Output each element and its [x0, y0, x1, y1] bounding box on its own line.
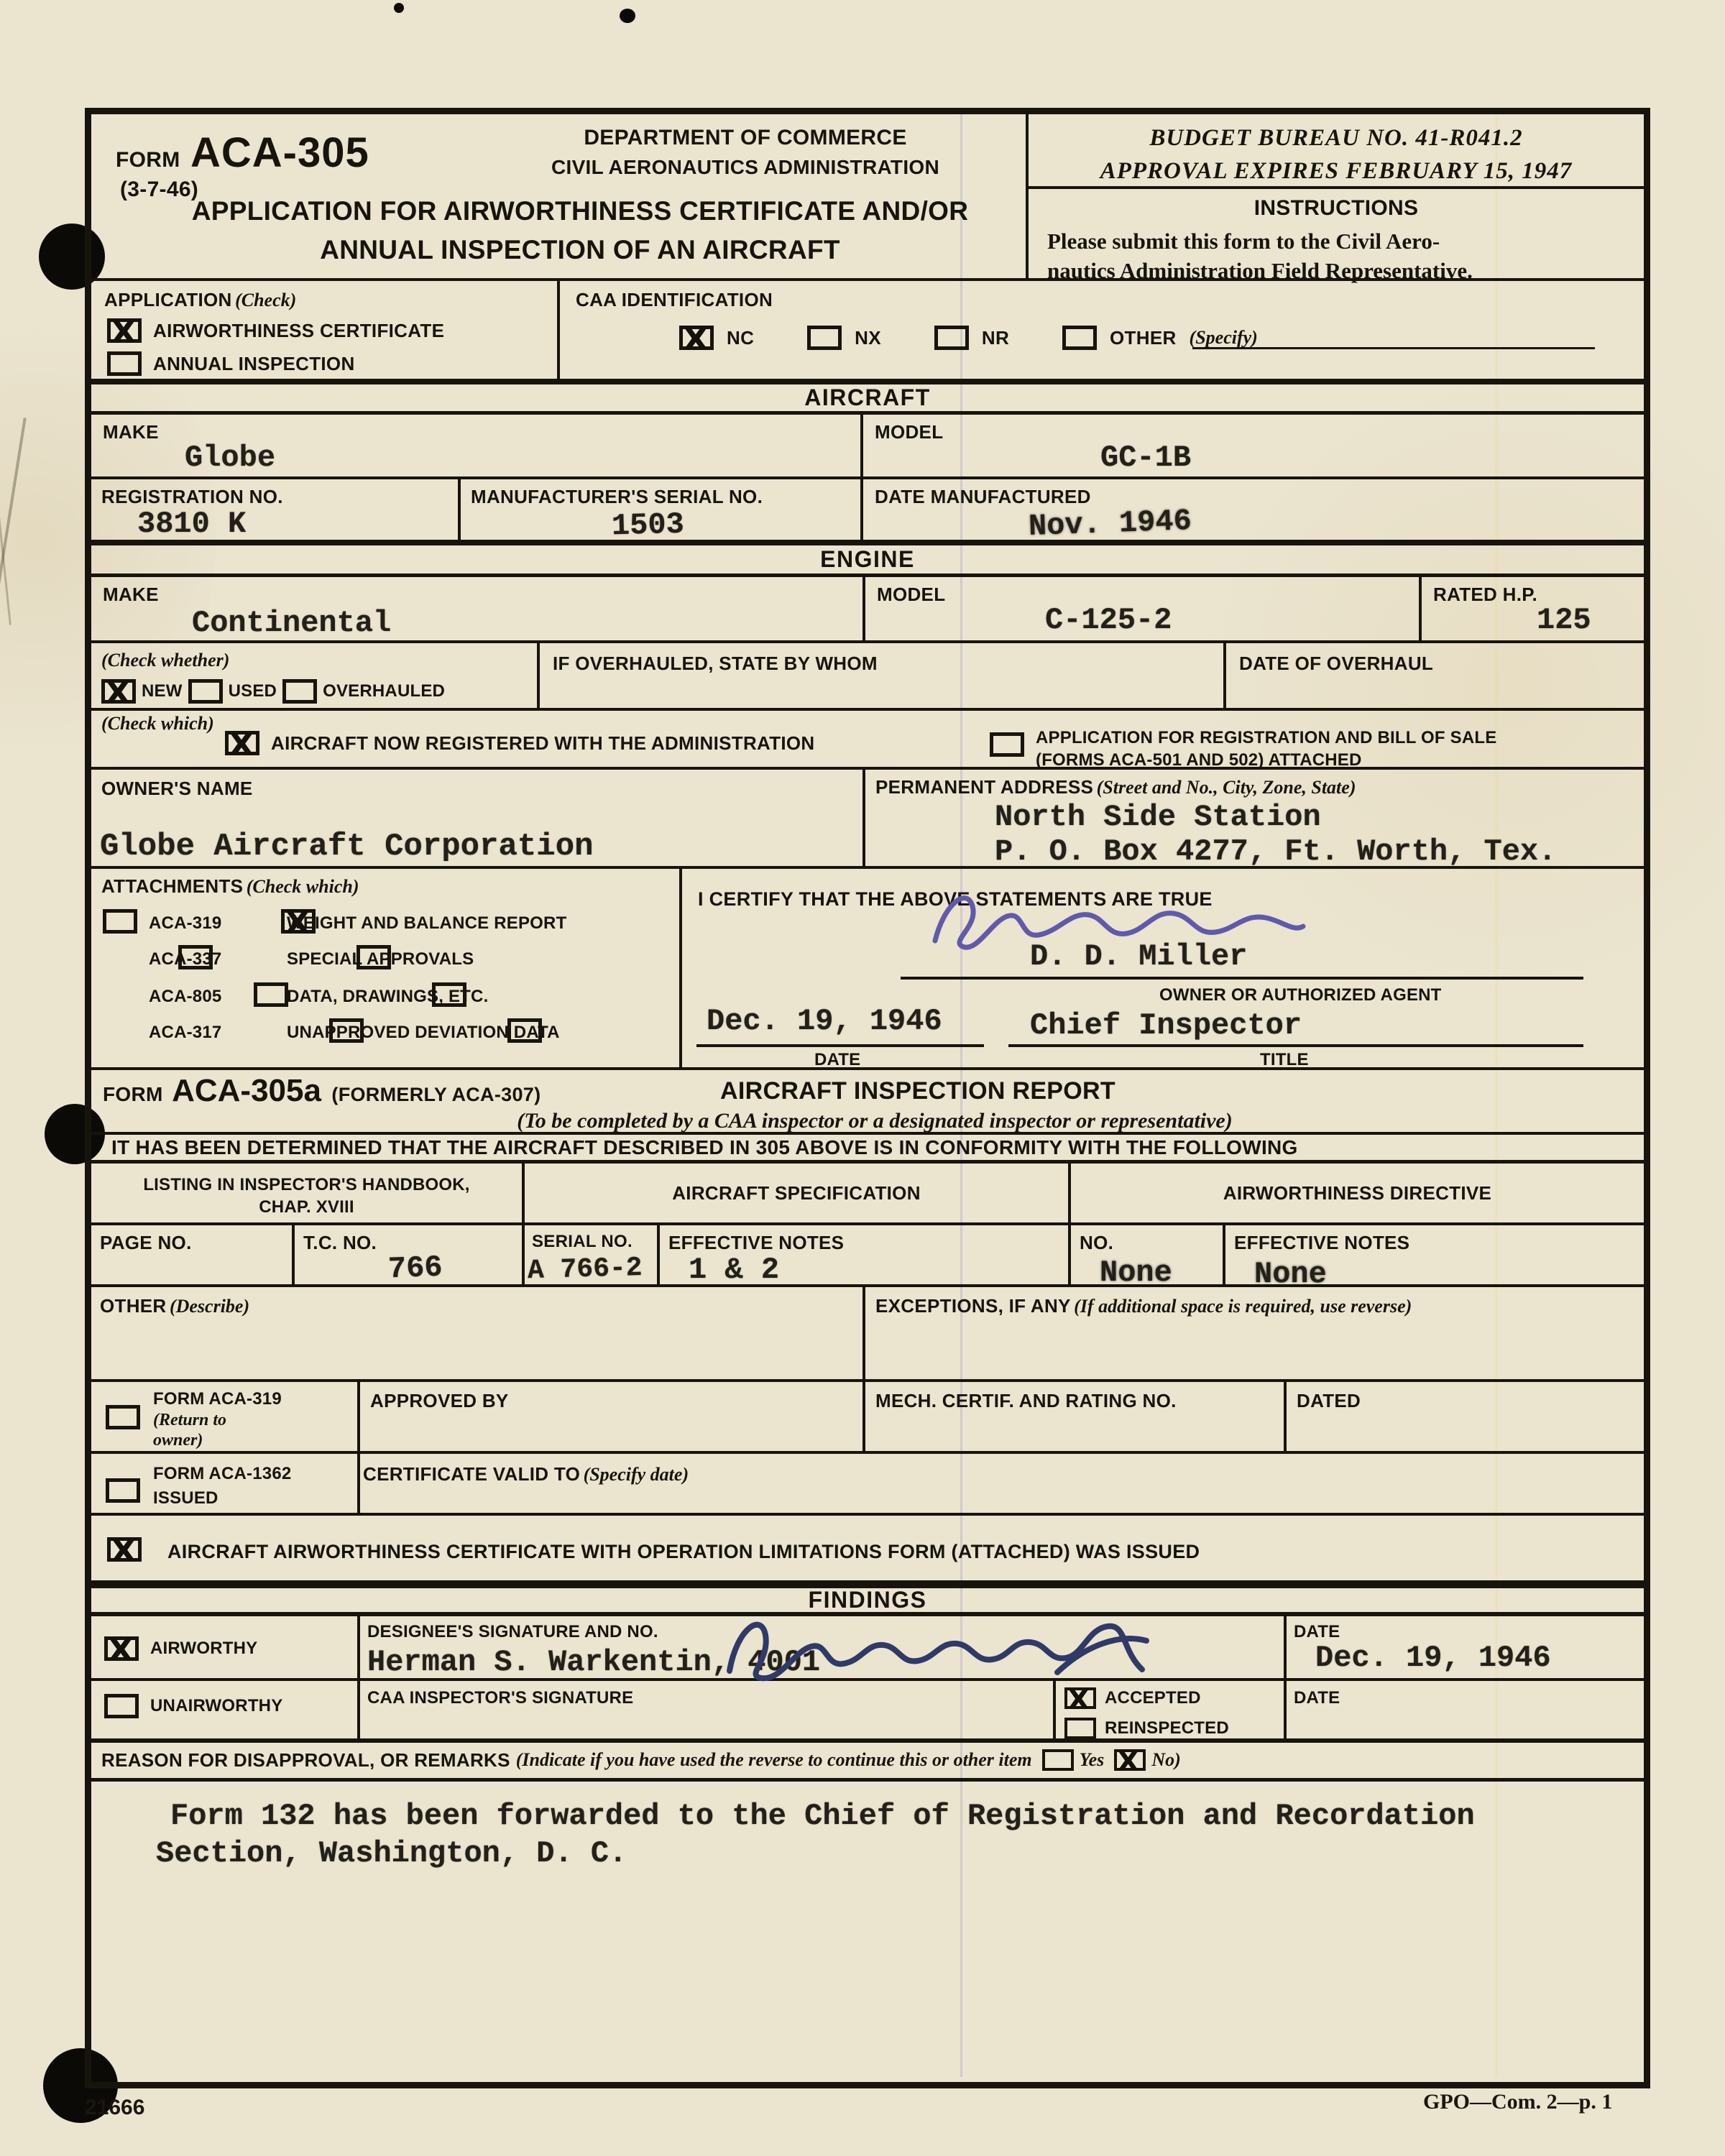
remarks-yes-label: Yes: [1080, 1749, 1105, 1772]
attachments-label: ATTACHMENTS: [101, 875, 243, 897]
findings-section-title: FINDINGS: [809, 1587, 927, 1613]
findings-caa-row: UNAIRWORTHY CAA INSPECTOR'S SIGNATURE AC…: [91, 1681, 1644, 1743]
determination-text: IT HAS BEEN DETERMINED THAT THE AIRCRAFT…: [111, 1135, 1298, 1160]
airworthy-cell: AIRWORTHY: [91, 1616, 357, 1678]
form-title-line2: ANNUAL INSPECTION OF AN AIRCRAFT: [134, 234, 1026, 267]
findings-designee-row: AIRWORTHY DESIGNEE'S SIGNATURE AND NO. H…: [91, 1616, 1644, 1681]
aca-319-checkbox[interactable]: [103, 909, 137, 934]
used-label: USED: [229, 680, 277, 702]
unairworthy-checkbox[interactable]: [104, 1694, 139, 1718]
registration-value[interactable]: 3810 K: [137, 507, 246, 541]
serial-no-cell: SERIAL NO. A 766-2: [522, 1225, 657, 1284]
attachments-cell: ATTACHMENTS (Check which) ACA-319 WEIGHT…: [91, 869, 682, 1067]
instructions-line1: Please submit this form to the Civil Aer…: [1047, 226, 1644, 257]
permanent-address-hint: (Street and No., City, Zone, State): [1097, 777, 1356, 798]
certification-title-label: TITLE: [1260, 1049, 1309, 1071]
aca-805-checkbox[interactable]: [254, 982, 288, 1007]
certificate-issued-label: AIRCRAFT AIRWORTHINESS CERTIFICATE WITH …: [167, 1540, 1200, 1565]
overhauled-by-label: IF OVERHAULED, STATE BY WHOM: [553, 652, 878, 676]
nx-label: NX: [855, 326, 881, 350]
footer-serial: 21666: [85, 2096, 144, 2120]
remarks-label-row: REASON FOR DISAPPROVAL, OR REMARKS (Indi…: [91, 1743, 1644, 1782]
exceptions-hint: (If additional space is required, use re…: [1074, 1296, 1412, 1317]
listing-header-line2: CHAP. XVIII: [91, 1196, 522, 1218]
exceptions-label: EXCEPTIONS, IF ANY: [875, 1295, 1071, 1317]
aircraft-section-title: AIRCRAFT: [804, 384, 931, 411]
directive-no-label: NO.: [1080, 1231, 1113, 1255]
aircraft-make-model-row: MAKE Globe MODEL GC-1B: [91, 415, 1644, 479]
form-aca-305: FORM ACA-305 (3-7-46) DEPARTMENT OF COMM…: [85, 108, 1650, 2088]
other-describe-label: OTHER: [100, 1295, 167, 1317]
airworthiness-directive-header: AIRWORTHINESS DIRECTIVE: [1223, 1181, 1491, 1205]
ir-form-word: FORM: [103, 1083, 163, 1105]
nc-label: NC: [727, 326, 754, 350]
aircraft-registered-checkbox[interactable]: [225, 731, 259, 755]
listing-header-line1: LISTING IN INSPECTOR'S HANDBOOK,: [91, 1174, 522, 1196]
owner-name-cell: OWNER'S NAME Globe Aircraft Corporation: [91, 770, 862, 866]
weight-balance-label: WEIGHT AND BALANCE REPORT: [287, 912, 566, 934]
certificate-valid-to-label: CERTIFICATE VALID TO: [363, 1463, 580, 1485]
certification-cell: I CERTIFY THAT THE ABOVE STATEMENTS ARE …: [685, 869, 1644, 1067]
engine-make-label: MAKE: [103, 583, 159, 607]
department-line1: DEPARTMENT OF COMMERCE: [465, 124, 1026, 152]
nr-checkbox[interactable]: [934, 326, 969, 350]
budget-bureau-line1: BUDGET BUREAU NO. 41-R041.2: [1029, 121, 1644, 155]
directive-no-value[interactable]: None: [1100, 1256, 1172, 1290]
accepted-reinspected-cell: ACCEPTED REINSPECTED: [1053, 1681, 1284, 1738]
aca319-check-cell: FORM ACA-319 (Return to owner): [91, 1382, 357, 1451]
effective-notes-label: EFFECTIVE NOTES: [668, 1231, 844, 1255]
new-label: NEW: [142, 680, 183, 702]
nx-checkbox[interactable]: [807, 326, 842, 350]
page-no-cell: PAGE NO.: [91, 1225, 292, 1284]
directive-notes-label: EFFECTIVE NOTES: [1234, 1231, 1409, 1255]
date-manufactured-cell: DATE MANUFACTURED Nov. 1946: [860, 479, 1644, 540]
findings-date2-cell: DATE: [1284, 1681, 1644, 1738]
airworthiness-certificate-checkbox[interactable]: [107, 318, 142, 343]
engine-make-value[interactable]: Continental: [192, 606, 391, 640]
spec-table-values-row: PAGE NO. T.C. NO. 766 SERIAL NO. A 766-2…: [91, 1225, 1644, 1287]
application-check-box: APPLICATION (Check) AIRWORTHINESS CERTIF…: [91, 281, 557, 379]
aca-805-label: ACA-805: [149, 985, 221, 1008]
findings-date2-label: DATE: [1294, 1687, 1340, 1709]
annual-inspection-label: ANNUAL INSPECTION: [153, 352, 355, 376]
aircraft-section-band: AIRCRAFT: [91, 382, 1644, 415]
form-aca319-hint1: (Return to: [153, 1409, 226, 1431]
caa-other-specify-line[interactable]: [1192, 347, 1595, 349]
certificate-valid-to-hint: (Specify date): [584, 1464, 689, 1485]
tc-no-value[interactable]: 766: [387, 1250, 443, 1287]
form-aca319-hint2: owner): [153, 1429, 203, 1451]
ir-formerly: (FORMERLY ACA-307): [331, 1084, 540, 1105]
caa-inspector-signature-label: CAA INSPECTOR'S SIGNATURE: [367, 1687, 633, 1709]
page-no-label: PAGE NO.: [100, 1231, 192, 1255]
aca-319-label: ACA-319: [149, 912, 221, 934]
form-id-area: FORM ACA-305 (3-7-46) DEPARTMENT OF COMM…: [91, 114, 1026, 278]
instructions-box: INSTRUCTIONS Please submit this form to …: [1029, 189, 1644, 278]
listing-header-cell: LISTING IN INSPECTOR'S HANDBOOK, CHAP. X…: [91, 1164, 522, 1222]
designee-signature-cell: DESIGNEE'S SIGNATURE AND NO. Herman S. W…: [357, 1616, 1284, 1678]
directive-notes-cell: EFFECTIVE NOTES None: [1223, 1225, 1644, 1284]
accepted-checkbox[interactable]: [1064, 1687, 1096, 1709]
rated-hp-label: RATED H.P.: [1433, 583, 1537, 607]
airworthy-label: AIRWORTHY: [150, 1637, 257, 1659]
address-line1[interactable]: North Side Station: [995, 800, 1321, 834]
engine-make-model-row: MAKE Continental MODEL C-125-2 RATED H.P…: [91, 577, 1644, 643]
manufacturers-serial-label: MANUFACTURER'S SERIAL NO.: [471, 485, 763, 509]
ir-form-number: ACA-305a: [172, 1073, 321, 1108]
serial-no-label: SERIAL NO.: [532, 1231, 632, 1253]
effective-notes-value[interactable]: 1 & 2: [689, 1253, 779, 1287]
aircraft-model-value[interactable]: GC-1B: [1100, 441, 1191, 475]
rated-hp-cell: RATED H.P. 125: [1419, 577, 1644, 640]
unairworthy-label: UNAIRWORTHY: [150, 1695, 282, 1717]
certification-date-value[interactable]: Dec. 19, 1946: [707, 1004, 942, 1038]
mech-certif-cell: MECH. CERTIF. AND RATING NO.: [862, 1382, 1284, 1451]
remarks-no-checkbox[interactable]: [1114, 1749, 1146, 1771]
engine-make-cell: MAKE Continental: [91, 577, 862, 640]
application-caa-row: APPLICATION (Check) AIRWORTHINESS CERTIF…: [91, 281, 1644, 382]
reinspected-label: REINSPECTED: [1105, 1717, 1229, 1739]
remarks-yes-checkbox[interactable]: [1042, 1749, 1074, 1771]
caa-identification-box: CAA IDENTIFICATION NC NX NR OTHER (Speci…: [557, 281, 1644, 379]
attachments-label-hint: (Check which): [247, 876, 359, 897]
inspection-report-title: AIRCRAFT INSPECTION REPORT: [594, 1076, 1241, 1107]
determination-band: IT HAS BEEN DETERMINED THAT THE AIRCRAFT…: [91, 1132, 1644, 1164]
remarks-no-label: No): [1151, 1749, 1180, 1772]
used-checkbox[interactable]: [188, 679, 223, 704]
aircraft-registered-label: AIRCRAFT NOW REGISTERED WITH THE ADMINIS…: [271, 732, 815, 755]
aircraft-make-value[interactable]: Globe: [185, 441, 275, 475]
instructions-title: INSTRUCTIONS: [1029, 195, 1644, 222]
dated-cell: DATED: [1284, 1382, 1644, 1451]
aca-317-label: ACA-317: [149, 1021, 221, 1044]
form-aca319-label: FORM ACA-319: [153, 1388, 282, 1410]
aca1362-issue-row: FORM ACA-1362 ISSUED CERTIFICATE VALID T…: [91, 1454, 1644, 1516]
inspection-report-header-row: FORM ACA-305a (FORMERLY ACA-307) AIRCRAF…: [91, 1070, 1644, 1132]
designee-typed-name: Herman S. Warkentin, 4001: [367, 1645, 820, 1680]
aircraft-registration-row: REGISTRATION NO. 3810 K 1503 MANUFACTURE…: [91, 479, 1644, 543]
remarks-label-hint: (Indicate if you have used the reverse t…: [516, 1749, 1032, 1772]
pencil-mark: [0, 503, 11, 625]
date-rule: [696, 1044, 984, 1047]
mech-certif-label: MECH. CERTIF. AND RATING NO.: [875, 1389, 1177, 1413]
aca1362-check-cell: FORM ACA-1362 ISSUED: [91, 1454, 357, 1513]
caa-identification-label: CAA IDENTIFICATION: [576, 288, 773, 312]
tc-no-label: T.C. NO.: [303, 1231, 377, 1255]
form-title-line1: APPLICATION FOR AIRWORTHINESS CERTIFICAT…: [134, 195, 1026, 228]
application-label: APPLICATION: [104, 289, 232, 310]
engine-model-value[interactable]: C-125-2: [1045, 603, 1172, 637]
permanent-address-label: PERMANENT ADDRESS: [875, 776, 1093, 798]
remarks-text-area[interactable]: Form 132 has been forwarded to the Chief…: [91, 1782, 1644, 2082]
check-whether-label: (Check whether): [101, 649, 229, 673]
owner-name-value[interactable]: Globe Aircraft Corporation: [100, 829, 594, 865]
certification-title-value[interactable]: Chief Inspector: [1030, 1008, 1302, 1043]
remarks-label: REASON FOR DISAPPROVAL, OR REMARKS: [101, 1749, 510, 1772]
inspection-report-subtitle: (To be completed by a CAA inspector or a…: [192, 1107, 1558, 1135]
findings-date-label: DATE: [1294, 1621, 1340, 1643]
unapproved-deviation-label: UNAPPROVED DEVIATION DATA: [287, 1021, 560, 1044]
application-attached-line2: (FORMS ACA-501 AND 502) ATTACHED: [1036, 749, 1496, 771]
nc-checkbox[interactable]: [679, 326, 714, 350]
date-of-overhaul-cell: DATE OF OVERHAUL: [1223, 643, 1644, 708]
date-manufactured-label: DATE MANUFACTURED: [875, 485, 1091, 509]
aircraft-make-cell: MAKE Globe: [91, 415, 860, 476]
form-aca319-checkbox[interactable]: [106, 1405, 140, 1429]
spec-table-header-row: LISTING IN INSPECTOR'S HANDBOOK, CHAP. X…: [91, 1164, 1644, 1225]
engine-section-band: ENGINE: [91, 543, 1644, 577]
remarks-text-line1: Form 132 has been forwarded to the Chief…: [170, 1799, 1475, 1833]
overhauled-checkbox[interactable]: [282, 679, 317, 704]
certificate-issued-checkbox[interactable]: [107, 1537, 142, 1562]
footer-gpo: GPO—Com. 2—p. 1: [1423, 2090, 1612, 2114]
budget-bureau-box: BUDGET BUREAU NO. 41-R041.2 APPROVAL EXP…: [1029, 114, 1644, 189]
directive-header-cell: AIRWORTHINESS DIRECTIVE: [1068, 1164, 1644, 1222]
findings-band: FINDINGS: [91, 1583, 1644, 1616]
findings-date-value[interactable]: Dec. 19, 1946: [1315, 1641, 1551, 1675]
owner-address-cell: PERMANENT ADDRESS (Street and No., City,…: [862, 770, 1644, 866]
certifier-typed-name: D. D. Miller: [1030, 939, 1247, 974]
aircraft-model-label: MODEL: [875, 420, 943, 444]
owner-row: OWNER'S NAME Globe Aircraft Corporation …: [91, 770, 1644, 869]
other-checkbox[interactable]: [1062, 326, 1097, 350]
address-line2[interactable]: P. O. Box 4277, Ft. Worth, Tex.: [995, 834, 1556, 869]
dated-label: DATED: [1297, 1389, 1361, 1413]
check-which-label: (Check which): [101, 712, 214, 736]
special-approvals-label: SPECIAL APPROVALS: [287, 948, 474, 970]
overhauled-label: OVERHAULED: [323, 680, 445, 702]
rated-hp-value[interactable]: 125: [1537, 603, 1591, 637]
exceptions-cell: EXCEPTIONS, IF ANY (If additional space …: [862, 1287, 1644, 1379]
date-of-overhaul-label: DATE OF OVERHAUL: [1239, 652, 1433, 676]
engine-condition-row: (Check whether) NEW USED OVERHAULED IF O…: [91, 643, 1644, 711]
airworthy-checkbox[interactable]: [104, 1636, 139, 1661]
aca-337-label: ACA-337: [149, 948, 221, 970]
certification-date-label: DATE: [814, 1049, 860, 1071]
aca319-issue-row: FORM ACA-319 (Return to owner) APPROVED …: [91, 1382, 1644, 1454]
annual-inspection-checkbox[interactable]: [107, 351, 142, 376]
unairworthy-cell: UNAIRWORTHY: [91, 1681, 357, 1738]
remarks-text-line2: Section, Washington, D. C.: [156, 1836, 627, 1871]
department-line2: CIVIL AERONAUTICS ADMINISTRATION: [465, 155, 1026, 180]
effective-notes-cell: EFFECTIVE NOTES 1 & 2: [657, 1225, 1068, 1284]
other-describe-cell: OTHER (Describe): [91, 1287, 862, 1379]
date-manufactured-value[interactable]: Nov. 1946: [1028, 504, 1192, 544]
serial-cell: 1503 MANUFACTURER'S SERIAL NO. 1503: [458, 479, 860, 540]
aircraft-specification-header: AIRCRAFT SPECIFICATION: [672, 1181, 921, 1205]
form-header-row: FORM ACA-305 (3-7-46) DEPARTMENT OF COMM…: [91, 114, 1644, 281]
owner-name-label: OWNER'S NAME: [101, 777, 253, 801]
findings-date-cell: DATE Dec. 19, 1946: [1284, 1616, 1644, 1678]
caa-inspector-signature-cell: CAA INSPECTOR'S SIGNATURE: [357, 1681, 1053, 1738]
other-describe-hint: (Describe): [170, 1296, 249, 1317]
attachments-certification-row: ATTACHMENTS (Check which) ACA-319 WEIGHT…: [91, 869, 1644, 1070]
new-checkbox[interactable]: [101, 679, 136, 704]
aircraft-model-cell: MODEL GC-1B: [860, 415, 1644, 476]
designee-signature-label: DESIGNEE'S SIGNATURE AND NO.: [367, 1621, 658, 1643]
approved-by-cell: APPROVED BY: [357, 1382, 862, 1451]
registration-status-row: (Check which) AIRCRAFT NOW REGISTERED WI…: [91, 711, 1644, 770]
data-drawings-label: DATA, DRAWINGS, ETC.: [287, 985, 488, 1008]
manufacturers-serial-value[interactable]: 1503: [611, 507, 684, 544]
certificate-issued-row: AIRCRAFT AIRWORTHINESS CERTIFICATE WITH …: [91, 1516, 1644, 1583]
form-aca1362-issued-label: ISSUED: [153, 1487, 218, 1509]
form-word-label: FORM: [116, 148, 180, 172]
signature-rule: [901, 977, 1583, 980]
application-attached-checkbox[interactable]: [990, 732, 1024, 757]
other-exceptions-row: OTHER (Describe) EXCEPTIONS, IF ANY (If …: [91, 1287, 1644, 1382]
application-label-hint: (Check): [235, 290, 296, 310]
certify-statement: I CERTIFY THAT THE ABOVE STATEMENTS ARE …: [698, 888, 1213, 912]
form-aca1362-label: FORM ACA-1362: [153, 1462, 291, 1485]
airworthiness-certificate-label: AIRWORTHINESS CERTIFICATE: [153, 319, 444, 343]
reinspected-checkbox[interactable]: [1064, 1718, 1096, 1739]
other-label: OTHER: [1110, 326, 1177, 350]
header-right-column: BUDGET BUREAU NO. 41-R041.2 APPROVAL EXP…: [1026, 114, 1644, 278]
registration-cell: REGISTRATION NO. 3810 K: [91, 479, 458, 540]
serial-no-value[interactable]: A 766-2: [527, 1253, 643, 1287]
ink-speck: [620, 9, 635, 23]
form-number: ACA-305: [190, 129, 369, 176]
directive-no-cell: NO. None: [1068, 1225, 1223, 1284]
ink-speck: [394, 3, 404, 13]
engine-model-cell: MODEL C-125-2: [862, 577, 1419, 640]
nr-label: NR: [982, 326, 1009, 350]
scanned-form-page: FORM ACA-305 (3-7-46) DEPARTMENT OF COMM…: [0, 0, 1725, 2156]
budget-bureau-line2: APPROVAL EXPIRES FEBRUARY 15, 1947: [1029, 155, 1644, 188]
engine-section-title: ENGINE: [820, 546, 915, 573]
approved-by-label: APPROVED BY: [370, 1389, 509, 1413]
accepted-label: ACCEPTED: [1105, 1687, 1201, 1709]
certificate-valid-to-cell: CERTIFICATE VALID TO (Specify date): [357, 1454, 1644, 1513]
registration-label: REGISTRATION NO.: [101, 485, 283, 509]
engine-model-label: MODEL: [877, 583, 945, 607]
overhauled-by-cell: IF OVERHAULED, STATE BY WHOM: [537, 643, 1223, 708]
aircraft-make-label: MAKE: [103, 420, 159, 444]
check-whether-cell: (Check whether) NEW USED OVERHAULED: [91, 643, 537, 708]
owner-agent-label: OWNER OR AUTHORIZED AGENT: [1159, 984, 1442, 1006]
spec-header-cell: AIRCRAFT SPECIFICATION: [522, 1164, 1068, 1222]
pencil-mark: [0, 418, 27, 589]
form-aca1362-checkbox[interactable]: [106, 1478, 140, 1503]
title-rule: [1008, 1044, 1583, 1047]
application-attached-line1: APPLICATION FOR REGISTRATION AND BILL OF…: [1036, 727, 1496, 749]
tc-no-cell: T.C. NO. 766: [292, 1225, 522, 1284]
other-hint: (Specify): [1190, 326, 1258, 350]
